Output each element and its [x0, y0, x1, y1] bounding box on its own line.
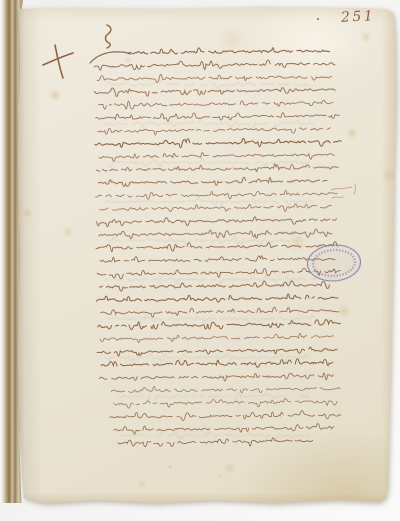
foxing-stain — [287, 233, 307, 253]
foxing-stain — [22, 208, 32, 218]
page-shadow-wrap — [0, 0, 400, 521]
foxing-stain — [218, 24, 246, 52]
foxing-stain — [123, 55, 133, 65]
foxing-stain — [137, 479, 147, 489]
foxing-stain — [337, 304, 351, 318]
foxing-stain — [62, 226, 74, 238]
foxing-stain — [48, 88, 62, 102]
foxing-stain — [360, 31, 372, 43]
foxing-stain — [218, 474, 222, 478]
manuscript-page — [16, 6, 397, 507]
foxing-stain — [380, 166, 398, 184]
foxing-stain — [168, 465, 172, 469]
manuscript-photo: 251 — [0, 0, 400, 521]
foxing-stain — [224, 462, 236, 474]
foxing-stain — [346, 127, 358, 139]
folio-number: 251 — [341, 8, 376, 26]
